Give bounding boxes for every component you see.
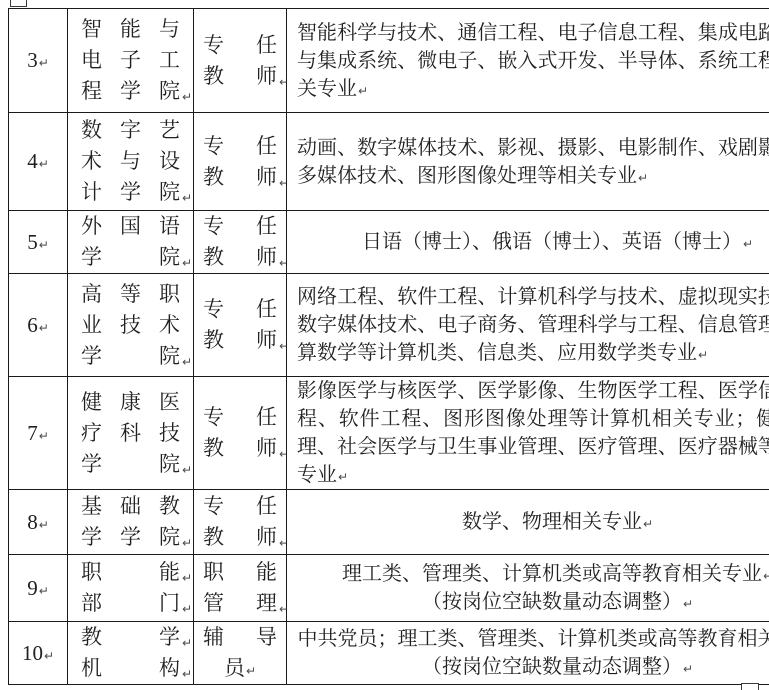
- position-type-line: 员↵: [203, 653, 277, 684]
- department-name-line: 程学院↵: [81, 76, 180, 107]
- position-type-line: 教师↵: [203, 162, 277, 193]
- cell-end-mark-icon: ↵: [43, 649, 54, 663]
- requirement-text: 中共党员；理工类、管理类、计算机类或高等教育相关专业（按岗位空缺数量动态调整）↵: [297, 625, 769, 681]
- row-number: 8: [27, 510, 38, 534]
- requirements-cell: 智能科学与技术、通信工程、电子信息工程、集成电路设计与集成系统、微电子、嵌入式开…: [287, 9, 769, 113]
- department-cell: 基础教学学院↵: [68, 490, 194, 555]
- row-number-cell: 5↵: [9, 211, 68, 274]
- row-number-cell: 7↵: [9, 377, 68, 490]
- job-table-body: 3↵智能与电子工程学院↵专任教师↵智能科学与技术、通信工程、电子信息工程、集成电…: [9, 9, 769, 685]
- position-type-cell: 专任教师↵: [194, 9, 287, 113]
- row-number: 9: [27, 576, 38, 600]
- cell-end-mark-icon: ↵: [278, 76, 287, 88]
- cell-end-mark-icon: ↵: [278, 603, 287, 615]
- requirement-text: 理工类、管理类、计算机类或高等教育相关专业↵: [297, 560, 769, 588]
- department-name-line: 术与设: [81, 146, 180, 177]
- cell-end-mark-icon: ↵: [181, 257, 192, 269]
- requirements-cell: 数学、物理相关专业↵: [287, 490, 769, 555]
- cell-end-mark-icon: ↵: [38, 518, 49, 532]
- department-name-line: 机构↵: [81, 653, 180, 684]
- department-name-line: 智能与: [81, 14, 180, 45]
- cell-end-mark-icon: ↵: [181, 464, 192, 476]
- position-type-line: 专任: [203, 30, 277, 61]
- position-type-cell: 专任教师↵: [194, 490, 287, 555]
- cell-end-mark-icon: ↵: [697, 348, 708, 362]
- position-type-line: 管理↵: [203, 588, 277, 619]
- cell-end-mark-icon: ↵: [357, 84, 368, 98]
- row-number-cell: 9↵: [9, 555, 68, 622]
- department-name-line: 电子工: [81, 45, 180, 76]
- position-type-cell: 专任教师↵: [194, 377, 287, 490]
- position-type-cell: 专任教师↵: [194, 274, 287, 377]
- cell-end-mark-icon: ↵: [181, 637, 192, 649]
- position-type-line: 专任: [203, 491, 277, 522]
- position-type-cell: 专任教师↵: [194, 211, 287, 274]
- cell-end-mark-icon: ↵: [278, 448, 287, 460]
- requirements-cell: 影像医学与核医学、医学影像、生物医学工程、医学信息工程、软件工程、图形图像处理等…: [287, 377, 769, 490]
- department-name-line: 数字艺: [81, 115, 180, 146]
- table-row: 6↵高等职业技术学院↵专任教师↵网络工程、软件工程、计算机科学与技术、虚拟现实技…: [9, 274, 769, 377]
- cell-end-mark-icon: ↵: [278, 257, 287, 269]
- department-name-line: 基础教: [81, 491, 180, 522]
- department-name-line: 业技术: [81, 310, 180, 341]
- cell-end-mark-icon: ↵: [38, 429, 49, 443]
- cell-end-mark-icon: ↵: [181, 668, 192, 680]
- position-type-line: 教师↵: [203, 242, 277, 273]
- position-type-line: 辅导: [203, 622, 277, 653]
- row-number: 4: [27, 149, 38, 173]
- position-type-line: 职能: [203, 557, 277, 588]
- department-name-line: 学院↵: [81, 449, 180, 480]
- department-cell: 外国语学院↵: [68, 211, 194, 274]
- position-type-cell: 专任教师↵: [194, 113, 287, 211]
- cell-end-mark-icon: ↵: [682, 662, 693, 676]
- position-type-line: 专任: [203, 402, 277, 433]
- row-number-cell: 3↵: [9, 9, 68, 113]
- requirement-text: 动画、数字媒体技术、影视、摄影、电影制作、戏剧影视、多媒体技术、图形图像处理等相…: [297, 134, 769, 190]
- table-row: 9↵职能↵部门↵职能管理↵理工类、管理类、计算机类或高等教育相关专业↵（按岗位空…: [9, 555, 769, 622]
- cell-end-mark-icon: ↵: [637, 171, 648, 185]
- cell-end-mark-icon: ↵: [642, 517, 653, 531]
- row-number-cell: 4↵: [9, 113, 68, 211]
- row-number: 6: [27, 313, 38, 337]
- requirement-text: 日语（博士）、俄语（博士）、英语（博士）↵: [297, 228, 769, 256]
- cell-end-mark-icon: ↵: [38, 157, 49, 171]
- cell-end-mark-icon: ↵: [278, 537, 287, 549]
- department-cell: 智能与电子工程学院↵: [68, 9, 194, 113]
- cell-end-mark-icon: ↵: [181, 572, 192, 584]
- position-type-line: 专任: [203, 294, 277, 325]
- row-number: 10: [22, 641, 43, 665]
- department-cell: 职能↵部门↵: [68, 555, 194, 622]
- position-type-line: 教师↵: [203, 433, 277, 464]
- department-name-line: 部门↵: [81, 588, 180, 619]
- cell-end-mark-icon: ↵: [181, 537, 192, 549]
- department-name-line: 学院↵: [81, 341, 180, 372]
- department-name-line: 计学院↵: [81, 177, 180, 208]
- row-number: 7: [27, 421, 38, 445]
- requirements-cell: 日语（博士）、俄语（博士）、英语（博士）↵: [287, 211, 769, 274]
- row-number: 5: [27, 230, 38, 254]
- position-type-cell: 辅导员↵: [194, 622, 287, 685]
- requirement-text: 智能科学与技术、通信工程、电子信息工程、集成电路设计与集成系统、微电子、嵌入式开…: [297, 19, 769, 103]
- department-cell: 教学↵机构↵: [68, 622, 194, 685]
- department-name-line: 职能↵: [81, 557, 180, 588]
- table-row: 7↵健康医疗科技学院↵专任教师↵影像医学与核医学、医学影像、生物医学工程、医学信…: [9, 377, 769, 490]
- cell-end-mark-icon: ↵: [38, 321, 49, 335]
- position-type-line: 专任: [203, 131, 277, 162]
- department-name-line: 学院↵: [81, 242, 180, 273]
- recruitment-table: 3↵智能与电子工程学院↵专任教师↵智能科学与技术、通信工程、电子信息工程、集成电…: [8, 8, 769, 685]
- table-row: 3↵智能与电子工程学院↵专任教师↵智能科学与技术、通信工程、电子信息工程、集成电…: [9, 9, 769, 113]
- cell-end-mark-icon: ↵: [38, 238, 49, 252]
- table-row: 5↵外国语学院↵专任教师↵日语（博士）、俄语（博士）、英语（博士）↵: [9, 211, 769, 274]
- row-number-cell: 10↵: [9, 622, 68, 685]
- requirements-cell: 中共党员；理工类、管理类、计算机类或高等教育相关专业（按岗位空缺数量动态调整）↵: [287, 622, 769, 685]
- position-type-line: 教师↵: [203, 325, 277, 356]
- position-type-line: 教师↵: [203, 61, 277, 92]
- requirements-cell: 网络工程、软件工程、计算机科学与技术、虚拟现实技术、数字媒体技术、电子商务、管理…: [287, 274, 769, 377]
- requirements-cell: 动画、数字媒体技术、影视、摄影、电影制作、戏剧影视、多媒体技术、图形图像处理等相…: [287, 113, 769, 211]
- row-number: 3: [27, 48, 38, 72]
- department-name-line: 健康医: [81, 387, 180, 418]
- department-name-line: 外国语: [81, 211, 180, 242]
- cell-end-mark-icon: ↵: [38, 56, 49, 70]
- requirement-text: （按岗位空缺数量动态调整）↵: [297, 588, 769, 616]
- table-row: 8↵基础教学学院↵专任教师↵数学、物理相关专业↵: [9, 490, 769, 555]
- cell-end-mark-icon: ↵: [742, 237, 753, 251]
- cell-end-mark-icon: ↵: [762, 569, 769, 583]
- department-name-line: 疗科技: [81, 418, 180, 449]
- cell-end-mark-icon: ↵: [278, 177, 287, 189]
- cell-end-mark-icon: ↵: [181, 603, 192, 615]
- position-type-line: 专任: [203, 211, 277, 242]
- cell-end-mark-icon: ↵: [181, 356, 192, 368]
- cell-end-mark-icon: ↵: [181, 192, 192, 204]
- page-edge-artifact-bottom: [741, 683, 759, 690]
- table-row: 4↵数字艺术与设计学院↵专任教师↵动画、数字媒体技术、影视、摄影、电影制作、戏剧…: [9, 113, 769, 211]
- requirement-text: 数学、物理相关专业↵: [297, 508, 769, 536]
- department-name-line: 教学↵: [81, 622, 180, 653]
- requirement-text: 网络工程、软件工程、计算机科学与技术、虚拟现实技术、数字媒体技术、电子商务、管理…: [297, 283, 769, 367]
- cell-end-mark-icon: ↵: [245, 664, 256, 678]
- department-name-line: 高等职: [81, 279, 180, 310]
- department-name-line: 学学院↵: [81, 522, 180, 553]
- cell-end-mark-icon: ↵: [38, 584, 49, 598]
- position-type-line: 教师↵: [203, 522, 277, 553]
- position-type-cell: 职能管理↵: [194, 555, 287, 622]
- page-edge-artifact-top: [10, 0, 27, 7]
- cell-end-mark-icon: ↵: [682, 597, 693, 611]
- department-cell: 数字艺术与设计学院↵: [68, 113, 194, 211]
- cell-end-mark-icon: ↵: [337, 470, 348, 484]
- row-number-cell: 8↵: [9, 490, 68, 555]
- row-number-cell: 6↵: [9, 274, 68, 377]
- table-row: 10↵教学↵机构↵辅导员↵中共党员；理工类、管理类、计算机类或高等教育相关专业（…: [9, 622, 769, 685]
- department-cell: 健康医疗科技学院↵: [68, 377, 194, 490]
- requirements-cell: 理工类、管理类、计算机类或高等教育相关专业↵（按岗位空缺数量动态调整）↵: [287, 555, 769, 622]
- cell-end-mark-icon: ↵: [278, 340, 287, 352]
- department-cell: 高等职业技术学院↵: [68, 274, 194, 377]
- requirement-text: 影像医学与核医学、医学影像、生物医学工程、医学信息工程、软件工程、图形图像处理等…: [297, 377, 769, 489]
- cell-end-mark-icon: ↵: [181, 91, 192, 103]
